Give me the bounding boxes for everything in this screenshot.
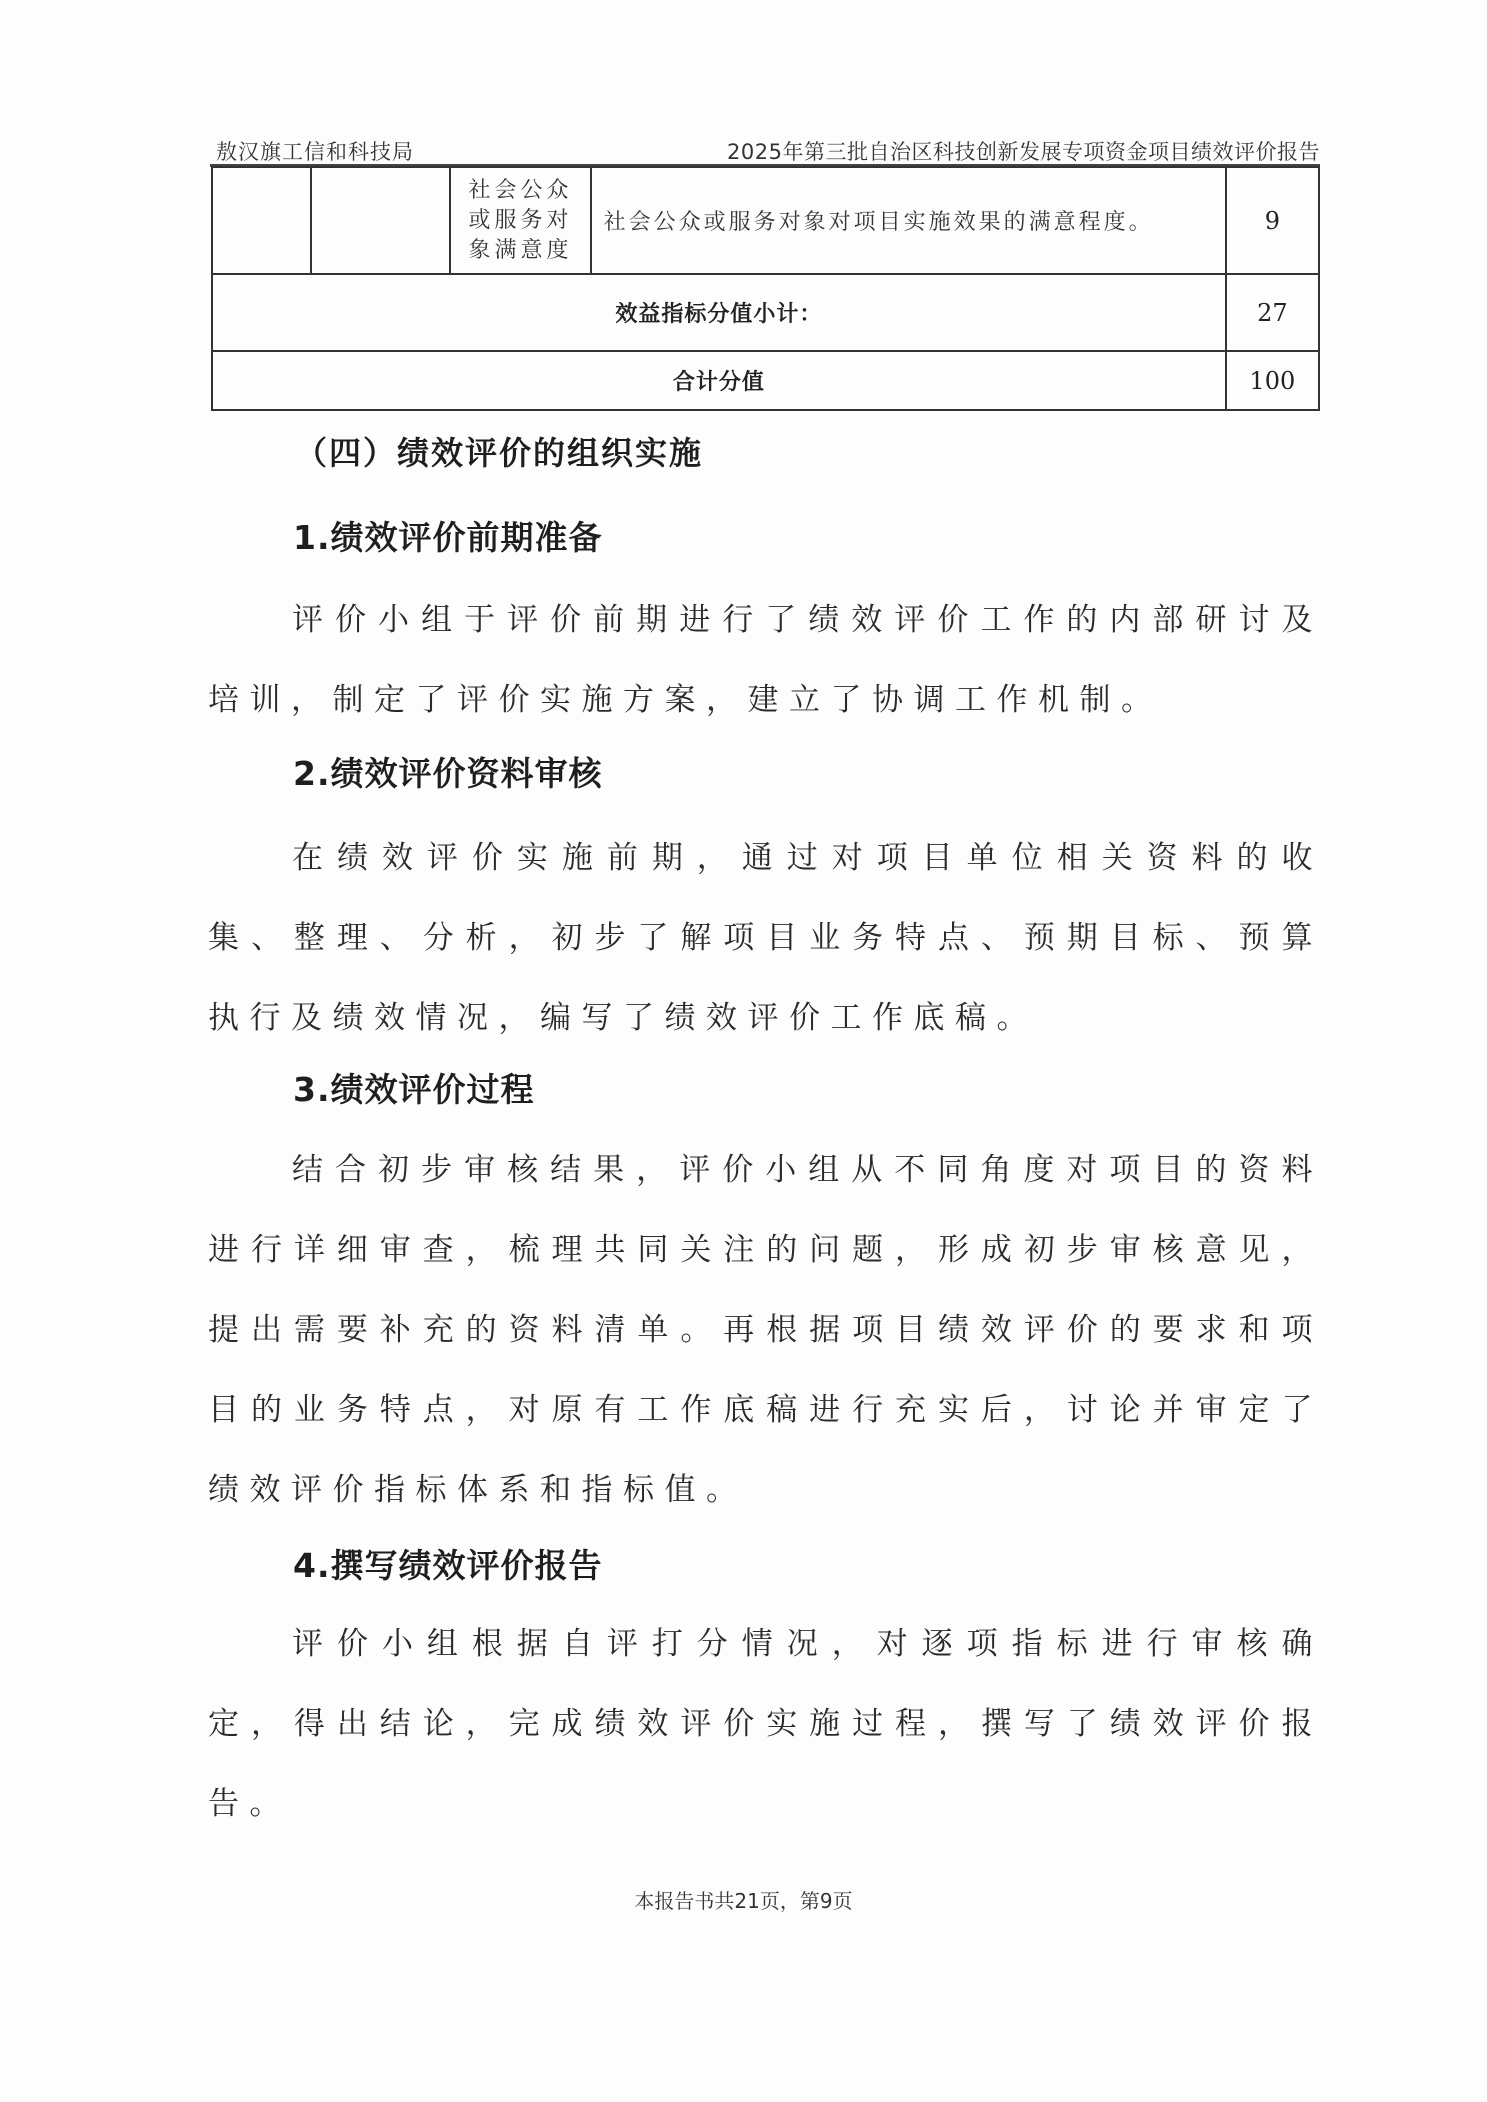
subsection-heading-3: 3.绩效评价过程 (293, 1064, 535, 1111)
header-report-title: 2025年第三批自治区科技创新发展专项资金项目绩效评价报告 (727, 136, 1320, 166)
subsection-body-1: 评价小组于评价前期进行了绩效评价工作的内部研讨及培训，制定了评价实施方案，建立了… (208, 580, 1323, 740)
page-header: 敖汉旗工信和科技局 2025年第三批自治区科技创新发展专项资金项目绩效评价报告 (210, 136, 1320, 166)
total-row: 合计分值 100 (212, 351, 1319, 410)
indicator-line: 或服务对 (451, 206, 589, 236)
table-row: 社会公众 或服务对 象满意度 社会公众或服务对象对项目实施效果的满意程度。 9 (212, 167, 1319, 274)
table-cell-description: 社会公众或服务对象对项目实施效果的满意程度。 (591, 167, 1226, 274)
page-footer: 本报告书共21页，第9页 (0, 1885, 1487, 1914)
total-label: 合计分值 (212, 351, 1226, 410)
score-table: 社会公众 或服务对 象满意度 社会公众或服务对象对项目实施效果的满意程度。 9 … (211, 166, 1320, 411)
subsection-body-3: 结合初步审核结果，评价小组从不同角度对项目的资料进行详细审查，梳理共同关注的问题… (208, 1130, 1323, 1530)
table-cell-level2 (311, 167, 450, 274)
indicator-line: 象满意度 (451, 236, 589, 266)
subsection-heading-4: 4.撰写绩效评价报告 (293, 1540, 603, 1587)
table-cell-indicator: 社会公众 或服务对 象满意度 (450, 167, 590, 274)
subtotal-row: 效益指标分值小计： 27 (212, 274, 1319, 351)
indicator-line: 社会公众 (451, 176, 589, 206)
total-score: 100 (1226, 351, 1319, 410)
subsection-body-4: 评价小组根据自评打分情况，对逐项指标进行审核确定，得出结论，完成绩效评价实施过程… (208, 1604, 1323, 1844)
document-page: 敖汉旗工信和科技局 2025年第三批自治区科技创新发展专项资金项目绩效评价报告 … (0, 0, 1487, 2102)
subsection-heading-1: 1.绩效评价前期准备 (293, 512, 603, 559)
subtotal-score: 27 (1226, 274, 1319, 351)
subsection-body-2: 在绩效评价实施前期，通过对项目单位相关资料的收集、整理、分析，初步了解项目业务特… (208, 818, 1323, 1058)
subtotal-label: 效益指标分值小计： (212, 274, 1226, 351)
section-heading: （四）绩效评价的组织实施 (295, 428, 703, 474)
table-cell-score: 9 (1226, 167, 1319, 274)
header-organization: 敖汉旗工信和科技局 (216, 136, 414, 166)
subsection-heading-2: 2.绩效评价资料审核 (293, 748, 603, 795)
table-cell-level1 (212, 167, 311, 274)
